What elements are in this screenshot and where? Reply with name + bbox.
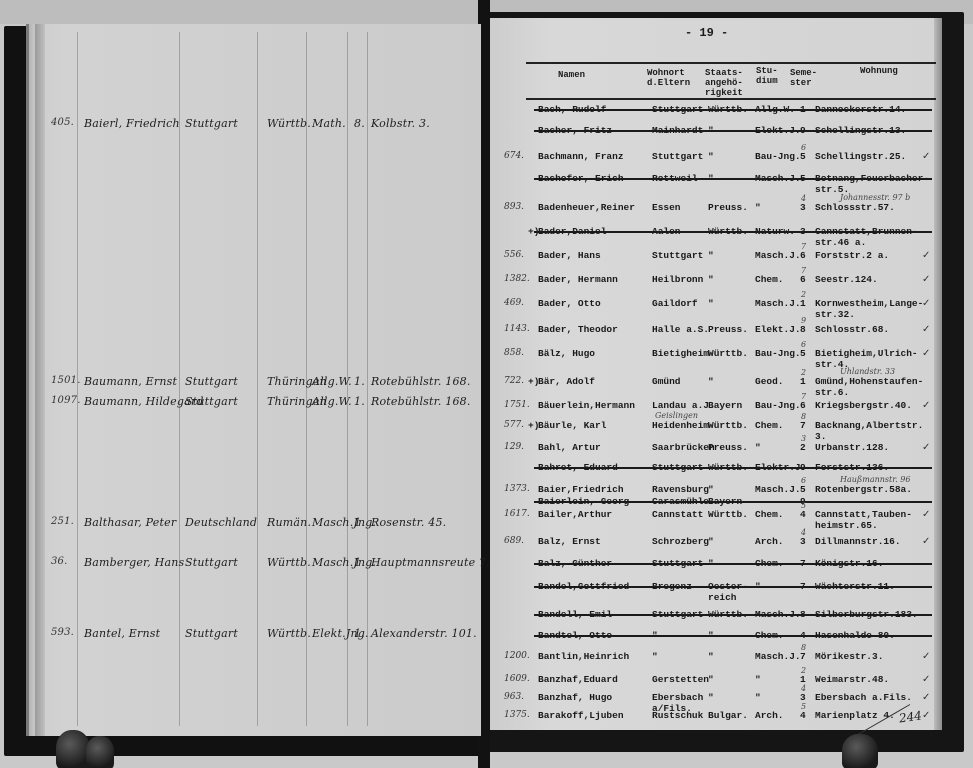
ledger-num: 1097. bbox=[51, 395, 81, 406]
register-name: Bäuerlein,Hermann bbox=[538, 400, 635, 411]
ledger-name: Baumann, Ernst bbox=[84, 375, 177, 388]
register-addr: Rotenbergstr.58a. bbox=[815, 484, 912, 495]
register-state: Bulgar. bbox=[708, 710, 748, 721]
semester-correction: 6 bbox=[801, 475, 806, 486]
register-addr: Schlossstr.57. bbox=[815, 202, 895, 213]
register-study: Chem. bbox=[755, 630, 784, 641]
register-name: Bandel,Gottfried bbox=[538, 581, 629, 592]
semester-correction: 7 bbox=[801, 241, 806, 252]
register-sem: 5 bbox=[800, 173, 806, 184]
register-state: Preuss. bbox=[708, 202, 748, 213]
register-home: Schrozberg bbox=[652, 536, 709, 547]
register-num: 1375. bbox=[504, 710, 530, 721]
semester-correction: 4 bbox=[801, 683, 806, 694]
semester-correction: 2 bbox=[801, 665, 806, 676]
register-state: " bbox=[708, 250, 714, 261]
register-sem: 8 bbox=[800, 609, 806, 620]
register-addr: Schellingstr.25. bbox=[815, 151, 906, 162]
checkmark-icon: ✓ bbox=[922, 651, 930, 662]
register-addr: Forststr.2 a. bbox=[815, 250, 889, 261]
register-addr: Kornwestheim,Lange- str.32. bbox=[815, 298, 923, 320]
register-home: Gmünd bbox=[652, 376, 681, 387]
ledger-state: Württb. bbox=[267, 556, 311, 569]
checkmark-icon: ✓ bbox=[922, 674, 930, 685]
register-study: Masch.J. bbox=[755, 250, 801, 261]
register-state: Bayern bbox=[708, 400, 742, 411]
register-study: Bau-Jng. bbox=[755, 348, 801, 359]
register-home: Aalen bbox=[652, 226, 681, 237]
ledger-study: Masch.Jng. bbox=[312, 516, 376, 529]
register-home: Bregenz bbox=[652, 581, 692, 592]
checkmark-icon: ✓ bbox=[922, 442, 930, 453]
register-addr: Forststr.136. bbox=[815, 462, 889, 473]
register-addr: Ebersbach a.Fils. bbox=[815, 692, 912, 703]
register-study: Chem. bbox=[755, 420, 784, 431]
ledger-home: Stuttgart bbox=[185, 556, 238, 569]
ledger-row: 36.Bamberger, HansStuttgartWürttb.Masch.… bbox=[29, 554, 481, 574]
register-name: Bader, Otto bbox=[538, 298, 601, 309]
address-correction: Uhlandstr. 33 bbox=[840, 366, 895, 377]
register-study: Elekt.J. bbox=[755, 125, 801, 136]
corner-page-note: 244 bbox=[898, 708, 923, 725]
ledger-addr: Kolbstr. 3. bbox=[371, 117, 430, 130]
register-num: 1373. bbox=[504, 484, 530, 495]
ledger-num: 36. bbox=[51, 556, 68, 567]
register-name: Balz, Ernst bbox=[538, 536, 601, 547]
ledger-sem: 1. bbox=[354, 556, 365, 569]
register-state: " bbox=[708, 630, 714, 641]
register-num: 674. bbox=[504, 151, 524, 162]
register-home: " bbox=[652, 630, 658, 641]
register-name: Bandtel, Otto bbox=[538, 630, 612, 641]
header-bottom-rule bbox=[526, 98, 936, 100]
thumb-left-2 bbox=[86, 736, 114, 768]
register-name: Baierlein, Georg bbox=[538, 496, 629, 507]
register-sem: 3 bbox=[800, 226, 806, 237]
register-addr: Wächterstr.11. bbox=[815, 581, 895, 592]
register-name: Bahret, Eduard bbox=[538, 462, 618, 473]
ledger-home: Stuttgart bbox=[185, 375, 238, 388]
ledger-addr: Rotebühlstr. 168. bbox=[371, 395, 471, 408]
register-study: Masch.J. bbox=[755, 609, 801, 620]
register-name: Bantlin,Heinrich bbox=[538, 651, 629, 662]
register-name: Bader, Hermann bbox=[538, 274, 618, 285]
ledger-sem: 1. bbox=[354, 516, 365, 529]
register-home: Gaildorf bbox=[652, 298, 698, 309]
register-state: " bbox=[708, 125, 714, 136]
semester-correction: 8 bbox=[801, 642, 806, 653]
register-study: " bbox=[755, 202, 761, 213]
register-study: Elektr.J. bbox=[755, 462, 806, 473]
checkmark-icon: ✓ bbox=[922, 692, 930, 703]
register-study: Chem. bbox=[755, 274, 784, 285]
checkmark-icon: ✓ bbox=[922, 348, 930, 359]
register-state: " bbox=[708, 651, 714, 662]
register-num: 129. bbox=[504, 442, 524, 453]
register-state: " bbox=[708, 536, 714, 547]
header-top-rule bbox=[526, 62, 936, 64]
semester-correction: 2 bbox=[801, 367, 806, 378]
register-addr: Hasenhalde 80. bbox=[815, 630, 895, 641]
register-num: 1609. bbox=[504, 674, 530, 685]
register-home: Mainhardt bbox=[652, 125, 703, 136]
register-home: Stuttgart bbox=[652, 151, 703, 162]
register-num: 689. bbox=[504, 536, 524, 547]
semester-correction: 6 bbox=[801, 339, 806, 350]
register-num: 577. bbox=[504, 420, 524, 431]
checkmark-icon: ✓ bbox=[922, 250, 930, 261]
register-addr: Dannockerstr.14. bbox=[815, 104, 906, 115]
register-state: " bbox=[708, 558, 714, 569]
register-home: Stuttgart bbox=[652, 558, 703, 569]
register-sem: 7 bbox=[800, 581, 806, 592]
ledger-name: Balthasar, Peter bbox=[84, 516, 176, 529]
register-state: Bayern bbox=[708, 496, 742, 507]
checkmark-icon: ✓ bbox=[922, 536, 930, 547]
ledger-name: Bamberger, Hans bbox=[84, 556, 184, 569]
ledger-num: 251. bbox=[51, 516, 74, 527]
ledger-num: 405. bbox=[51, 117, 74, 128]
register-home: Stuttgart bbox=[652, 462, 703, 473]
ledger-row: 1097.Baumann, HildegardStuttgartThüringe… bbox=[29, 393, 481, 413]
register-study: Geod. bbox=[755, 376, 784, 387]
register-name: Bader,Daniel bbox=[538, 226, 606, 237]
header-home: Wohnort d.Eltern bbox=[647, 68, 690, 88]
register-name: Bälz, Hugo bbox=[538, 348, 595, 359]
ledger-study: Math. bbox=[312, 117, 346, 130]
checkmark-icon: ✓ bbox=[922, 710, 930, 721]
ledger-num: 593. bbox=[51, 627, 74, 638]
semester-correction: 7 bbox=[801, 391, 806, 402]
register-addr: Weimarstr.48. bbox=[815, 674, 889, 685]
register-state: Württb. bbox=[708, 462, 748, 473]
ledger-study: Allg.W. bbox=[312, 395, 352, 408]
register-home: Stuttgart bbox=[652, 104, 703, 115]
register-study: Bau-Jng. bbox=[755, 151, 801, 162]
checkmark-icon: ✓ bbox=[922, 509, 930, 520]
register-state: " bbox=[708, 376, 714, 387]
register-study: Bau-Jng. bbox=[755, 400, 801, 411]
register-study: Chem. bbox=[755, 509, 784, 520]
ledger-sem: 8. bbox=[354, 117, 365, 130]
register-state: Württb. bbox=[708, 226, 748, 237]
register-study: Masch.J. bbox=[755, 651, 801, 662]
ledger-addr: Hauptmannsreute 7. bbox=[371, 556, 490, 569]
register-name: Bachmann, Franz bbox=[538, 151, 624, 162]
header-semester: Seme- ster bbox=[790, 68, 817, 88]
register-name: Bäurle, Karl bbox=[538, 420, 606, 431]
register-state: " bbox=[708, 173, 714, 184]
thumb-right bbox=[842, 734, 878, 768]
register-num: 963. bbox=[504, 692, 524, 703]
semester-correction: 9 bbox=[801, 315, 806, 326]
register-home: Stuttgart bbox=[652, 250, 703, 261]
register-addr: Gmünd,Hohenstaufen- str.6. bbox=[815, 376, 923, 398]
register-num: 469. bbox=[504, 298, 524, 309]
home-correction: Geislingen bbox=[655, 410, 698, 421]
semester-correction: 4 bbox=[801, 527, 806, 538]
register-num: 893. bbox=[504, 202, 524, 213]
ledger-addr: Rosenstr. 45. bbox=[371, 516, 446, 529]
register-state: Oester- reich bbox=[708, 581, 748, 603]
ledger-state: Rumän. bbox=[267, 516, 311, 529]
register-home: Halle a.S. bbox=[652, 324, 709, 335]
register-state: Württb. bbox=[708, 348, 748, 359]
register-study: Elekt.J. bbox=[755, 324, 801, 335]
address-correction: Johannesstr. 97 b bbox=[840, 192, 910, 203]
register-addr: Kriegsbergstr.40. bbox=[815, 400, 912, 411]
register-study: Naturw. bbox=[755, 226, 795, 237]
ledger-addr: Rotebühlstr. 168. bbox=[371, 375, 471, 388]
register-name: Bader, Theodor bbox=[538, 324, 618, 335]
register-name: Bailer,Arthur bbox=[538, 509, 612, 520]
register-addr: Seestr.124. bbox=[815, 274, 878, 285]
register-state: " bbox=[708, 151, 714, 162]
ledger-state: Württb. bbox=[267, 117, 311, 130]
register-study: Masch.J. bbox=[755, 484, 801, 495]
register-home: Heilbronn bbox=[652, 274, 703, 285]
register-home: Ravensburg bbox=[652, 484, 709, 495]
register-study: Arch. bbox=[755, 536, 784, 547]
register-study: " bbox=[755, 581, 761, 592]
register-num: 722. bbox=[504, 376, 524, 387]
register-study: " bbox=[755, 692, 761, 703]
ledger-name: Bantel, Ernst bbox=[84, 627, 160, 640]
register-addr: Mörikestr.3. bbox=[815, 651, 883, 662]
register-addr: Schellingstr.13. bbox=[815, 125, 906, 136]
register-num: 858. bbox=[504, 348, 524, 359]
address-correction: Haußmannstr. 96 bbox=[840, 474, 910, 485]
header-study: Stu- dium bbox=[756, 66, 778, 86]
register-name: Bachofer, Erich bbox=[538, 173, 624, 184]
semester-correction: 4 bbox=[801, 193, 806, 204]
register-sem: 9 bbox=[800, 125, 806, 136]
ledger-row: 1501.Baumann, ErnstStuttgartThüringenAll… bbox=[29, 373, 481, 393]
register-home: Cannstatt bbox=[652, 509, 703, 520]
register-num: 1751. bbox=[504, 400, 530, 411]
register-num: 1200. bbox=[504, 651, 530, 662]
register-home: Carasmühle bbox=[652, 496, 709, 507]
register-addr: Urbanstr.128. bbox=[815, 442, 889, 453]
ledger-num: 1501. bbox=[51, 375, 81, 386]
register-state: " bbox=[708, 674, 714, 685]
register-name: Banzhaf, Hugo bbox=[538, 692, 612, 703]
register-sem: 4 bbox=[800, 630, 806, 641]
ledger-study: Masch.Jng. bbox=[312, 556, 376, 569]
register-name: Bär, Adolf bbox=[538, 376, 595, 387]
header-residence: Wohnung bbox=[860, 66, 898, 76]
register-state: " bbox=[708, 484, 714, 495]
checkmark-icon: ✓ bbox=[922, 151, 930, 162]
register-state: " bbox=[708, 274, 714, 285]
thumb-left bbox=[56, 730, 90, 768]
register-study: " bbox=[755, 442, 761, 453]
ledger-name: Baierl, Friedrich bbox=[84, 117, 180, 130]
register-name: Badenheuer,Reiner bbox=[538, 202, 635, 213]
ledger-sem: 1. bbox=[354, 395, 365, 408]
ledger-row: 251.Balthasar, PeterDeutschlandRumän.Mas… bbox=[29, 514, 481, 534]
ledger-sem: 1. bbox=[354, 375, 365, 388]
register-sem: 1 bbox=[800, 104, 806, 115]
register-name: Bach, Rudolf bbox=[538, 104, 606, 115]
semester-correction: 5 bbox=[801, 500, 806, 511]
header-name: Namen bbox=[558, 70, 585, 80]
register-home: " bbox=[652, 651, 658, 662]
register-state: Preuss. bbox=[708, 324, 748, 335]
register-name: Bader, Hans bbox=[538, 250, 601, 261]
register-study: Chem. bbox=[755, 558, 784, 569]
register-study: Masch.J. bbox=[755, 298, 801, 309]
register-home: Saarbrücken bbox=[652, 442, 715, 453]
header-citizenship: Staats- angehö- rigkeit bbox=[705, 68, 743, 98]
register-state: Württb. bbox=[708, 609, 748, 620]
semester-correction: 2 bbox=[801, 289, 806, 300]
register-study: Arch. bbox=[755, 710, 784, 721]
ledger-home: Stuttgart bbox=[185, 117, 238, 130]
register-state: Preuss. bbox=[708, 442, 748, 453]
semester-correction: 5 bbox=[801, 701, 806, 712]
register-home: Stuttgart bbox=[652, 609, 703, 620]
register-addr: Königstr.16. bbox=[815, 558, 883, 569]
semester-correction: 3 bbox=[801, 433, 806, 444]
ledger-row: 405.Baierl, FriedrichStuttgartWürttb.Mat… bbox=[29, 115, 481, 135]
checkmark-icon: ✓ bbox=[922, 400, 930, 411]
register-study: Masch.J. bbox=[755, 173, 801, 184]
ledger-study: Allg.W. bbox=[312, 375, 352, 388]
register-num: 1617. bbox=[504, 509, 530, 520]
register-num: 1143. bbox=[504, 324, 530, 335]
register-name: Bandell, Emil bbox=[538, 609, 612, 620]
register-home: Essen bbox=[652, 202, 681, 213]
register-sem: 9 bbox=[800, 462, 806, 473]
register-home: Rustschuk bbox=[652, 710, 703, 721]
register-state: " bbox=[708, 298, 714, 309]
register-addr: Cannstatt,Tauben- heimstr.65. bbox=[815, 509, 912, 531]
register-study: Allg.W. bbox=[755, 104, 795, 115]
register-state: " bbox=[708, 692, 714, 703]
register-home: Bietigheim bbox=[652, 348, 709, 359]
semester-correction: 7 bbox=[801, 265, 806, 276]
register-addr: Dillmannstr.16. bbox=[815, 536, 901, 547]
left-page: 405.Baierl, FriedrichStuttgartWürttb.Mat… bbox=[26, 24, 481, 736]
register-num: 1382. bbox=[504, 274, 530, 285]
checkmark-icon: ✓ bbox=[922, 324, 930, 335]
register-study: " bbox=[755, 674, 761, 685]
register-addr: Silberburgstr.183. bbox=[815, 609, 918, 620]
semester-correction: 8 bbox=[801, 411, 806, 422]
ledger-addr: Alexanderstr. 101. bbox=[371, 627, 477, 640]
checkmark-icon: ✓ bbox=[922, 274, 930, 285]
register-name: Banzhaf,Eduard bbox=[538, 674, 618, 685]
checkmark-icon: ✓ bbox=[922, 298, 930, 309]
ledger-home: Stuttgart bbox=[185, 395, 238, 408]
register-home: Rottweil bbox=[652, 173, 698, 184]
register-state: Württb. bbox=[708, 104, 748, 115]
ledger-row: 593.Bantel, ErnstStuttgartWürttb.Elekt.J… bbox=[29, 625, 481, 645]
register-home: Heidenheim bbox=[652, 420, 709, 431]
register-name: Balz, Günther bbox=[538, 558, 612, 569]
register-sem: 7 bbox=[800, 558, 806, 569]
register-state: Württb. bbox=[708, 420, 748, 431]
register-name: Barakoff,Ljuben bbox=[538, 710, 624, 721]
register-num: 556. bbox=[504, 250, 524, 261]
register-state: Württb. bbox=[708, 509, 748, 520]
register-name: Baier,Friedrich bbox=[538, 484, 624, 495]
right-page: - 19 - Namen Wohnort d.Eltern Staats- an… bbox=[490, 18, 942, 730]
page-edge bbox=[934, 18, 942, 730]
semester-correction: 6 bbox=[801, 142, 806, 153]
ledger-home: Stuttgart bbox=[185, 627, 238, 640]
register-addr: Backnang,Albertstr. 3. bbox=[815, 420, 923, 442]
page-number: - 19 - bbox=[685, 26, 728, 40]
register-name: Bahl, Artur bbox=[538, 442, 601, 453]
register-addr: Cannstatt,Brunnen- str.46 a. bbox=[815, 226, 918, 248]
register-home: Gerstetten bbox=[652, 674, 709, 685]
ledger-sem: 1. bbox=[354, 627, 365, 640]
register-addr: Schlosstr.68. bbox=[815, 324, 889, 335]
ledger-state: Württb. bbox=[267, 627, 311, 640]
register-name: Bacher, Fritz bbox=[538, 125, 612, 136]
ledger-home: Deutschland bbox=[185, 516, 257, 529]
